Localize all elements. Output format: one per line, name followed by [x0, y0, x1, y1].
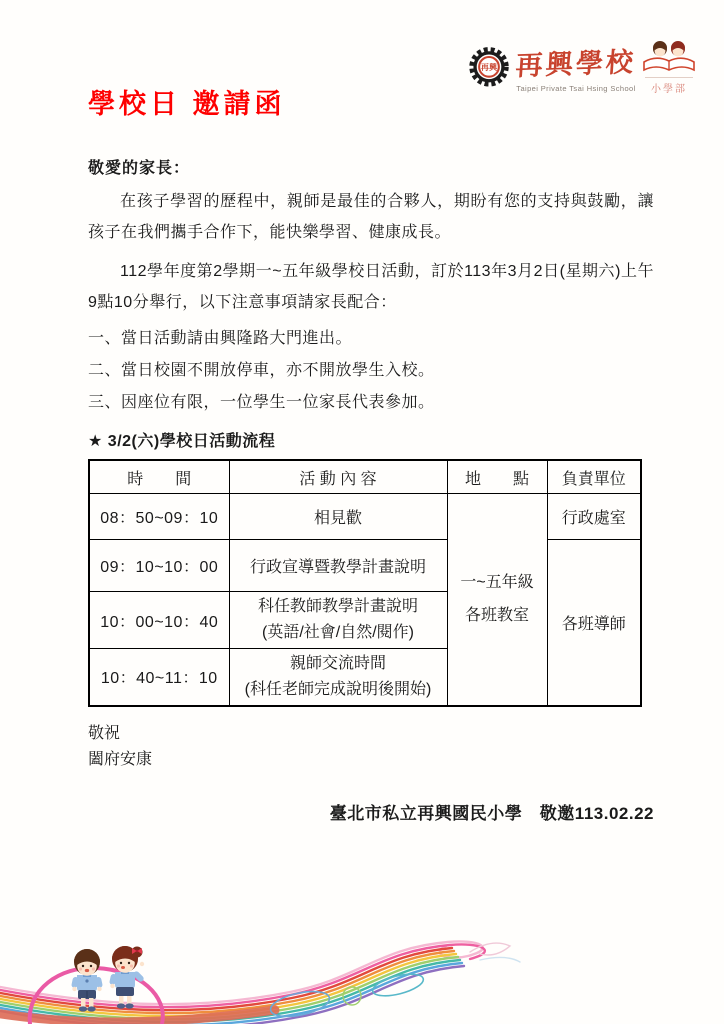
closing-line-1: 敬祝	[88, 721, 654, 747]
unit-cell-merged: 各班導師	[547, 540, 641, 706]
content-line-1: 親師交流時間	[230, 651, 447, 677]
content-cell: 行政宣導暨教學計畫說明	[229, 540, 447, 592]
kid-boy-illustration	[71, 949, 103, 1012]
page-title: 學校日 邀請函	[88, 82, 654, 121]
signoff: 臺北市私立再興國民小學 敬邀113.02.22	[88, 799, 654, 824]
content-line-2: (英語/社會/自然/閱作)	[230, 620, 447, 646]
header-time: 時 間	[89, 460, 229, 494]
greeting: 敬愛的家長：	[88, 155, 654, 178]
note-item-2: 二、當日校園不開放停車，亦不開放學生入校。	[88, 355, 654, 387]
letter-content: 學校日 邀請函 敬愛的家長： 在孩子學習的歷程中，親師是最佳的合夥人，期盼有您的…	[88, 0, 654, 824]
note-item-1: 一、當日活動請由興隆路大門進出。	[88, 323, 654, 355]
unit-cell: 行政處室	[547, 494, 641, 540]
invitation-letter-page: 再興 再興學校 Taipei Private Tsai Hsing School…	[0, 0, 724, 1024]
time-cell: 08：50~09：10	[89, 494, 229, 540]
bottom-decoration	[0, 912, 724, 1024]
paragraph-intro: 在孩子學習的歷程中，親師是最佳的合夥人，期盼有您的支持與鼓勵，讓孩子在我們攜手合…	[88, 186, 654, 248]
table-row: 09：10~10：00 行政宣導暨教學計畫說明 各班導師	[89, 540, 641, 592]
closing-line-2: 闔府安康	[88, 747, 654, 773]
time-cell: 09：10~10：00	[89, 540, 229, 592]
time-cell: 10：00~10：40	[89, 592, 229, 649]
kid-girl-illustration	[109, 946, 145, 1009]
note-item-3: 三、因座位有限，一位學生一位家長代表參加。	[88, 387, 654, 419]
table-header-row: 時 間 活 動 內 容 地 點 負責單位	[89, 460, 641, 494]
content-line-2: (科任老師完成說明後開始)	[230, 677, 447, 703]
location-cell: 一~五年級 各班教室	[447, 494, 547, 706]
content-cell: 親師交流時間 (科任老師完成說明後開始)	[229, 649, 447, 706]
header-unit: 負責單位	[547, 460, 641, 494]
header-activity: 活 動 內 容	[229, 460, 447, 494]
schedule-heading: ★ 3/2(六)學校日活動流程	[88, 428, 654, 451]
header-location: 地 點	[447, 460, 547, 494]
schedule-table: 時 間 活 動 內 容 地 點 負責單位 08：50~09：10 相見歡 一~五…	[88, 459, 642, 707]
content-cell: 科任教師教學計畫說明 (英語/社會/自然/閱作)	[229, 592, 447, 649]
location-line-1: 一~五年級	[448, 566, 547, 599]
content-cell: 相見歡	[229, 494, 447, 540]
table-row: 08：50~09：10 相見歡 一~五年級 各班教室 行政處室	[89, 494, 641, 540]
ribbon-swirl	[0, 941, 520, 1024]
closing-block: 敬祝 闔府安康	[88, 721, 654, 773]
location-line-2: 各班教室	[448, 599, 547, 632]
notes-list: 一、當日活動請由興隆路大門進出。 二、當日校園不開放停車，亦不開放學生入校。 三…	[88, 323, 654, 419]
time-cell: 10：40~11：10	[89, 649, 229, 706]
paragraph-event-info: 112學年度第2學期一~五年級學校日活動，訂於113年3月2日(星期六)上午9點…	[88, 256, 654, 318]
content-line-1: 科任教師教學計畫說明	[230, 594, 447, 620]
